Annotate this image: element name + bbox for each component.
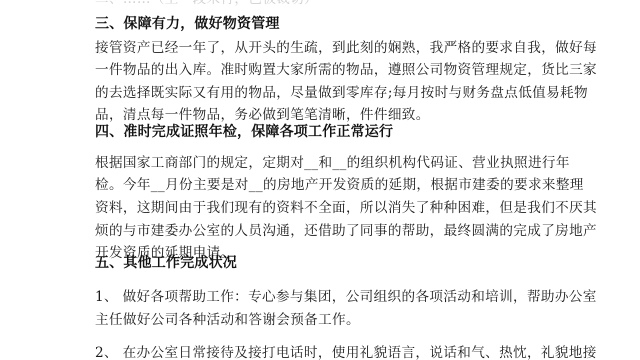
list-item-2-line: 2、 在办公室日常接待及接打电话时，使用礼貌语言，说话和气、热忱，礼貌地接 [95,345,597,360]
paragraph-line: 根据国家工商部门的规定，定期对__和__的组织机构代码证、营业执照进行年 [95,155,570,171]
paragraph-line: 接管资产已经一年了，从开头的生疏，到此刻的娴熟，我严格的要求自我，做好每 [95,40,597,56]
paragraph-line: 资料，这期间由于我们现有的资料不全面，所以消失了种种困难，但是我们不厌其 [95,200,597,216]
paragraph-line: 的去选择既实际又有用的物品，尽量做到零库存;每月按时与财务盘点低值易耗物 [95,85,588,101]
paragraph-line: 烦的与市建委办公室的人员沟通，还借助了同事的帮助，最终圆满的完成了房地产 [95,223,597,239]
section-heading-5: 五、其他工作完成状况 [95,255,237,271]
list-item-1-line: 主任做好公司各种活动和答谢会预备工作。 [95,312,360,328]
paragraph-line: 品，清点每一件物品，务必做到笔笔清晰，件件细致。 [95,107,430,123]
section-heading-3: 三、保障有力，做好物资管理 [95,16,280,32]
list-item-1-line: 1、 做好各项帮助工作：专心参与集团，公司组织的各项活动和培训，帮助办公室 [95,289,597,305]
paragraph-line: 一件物品的出入库。准时购置大家所需的物品，遵照公司物资管理规定，货比三家 [95,62,597,78]
document-page: 二、……（上一段末行，已被裁切） 三、保障有力，做好物资管理 接管资产已经一年了… [0,0,640,360]
section-heading-4: 四、准时完成证照年检，保障各项工作正常运行 [95,124,393,140]
cut-off-previous-line: 二、……（上一段末行，已被裁切） [95,0,318,7]
paragraph-line: 检。今年__月份主要是对__的房地产开发资质的延期，根据市建委的要求来整理 [95,177,584,193]
